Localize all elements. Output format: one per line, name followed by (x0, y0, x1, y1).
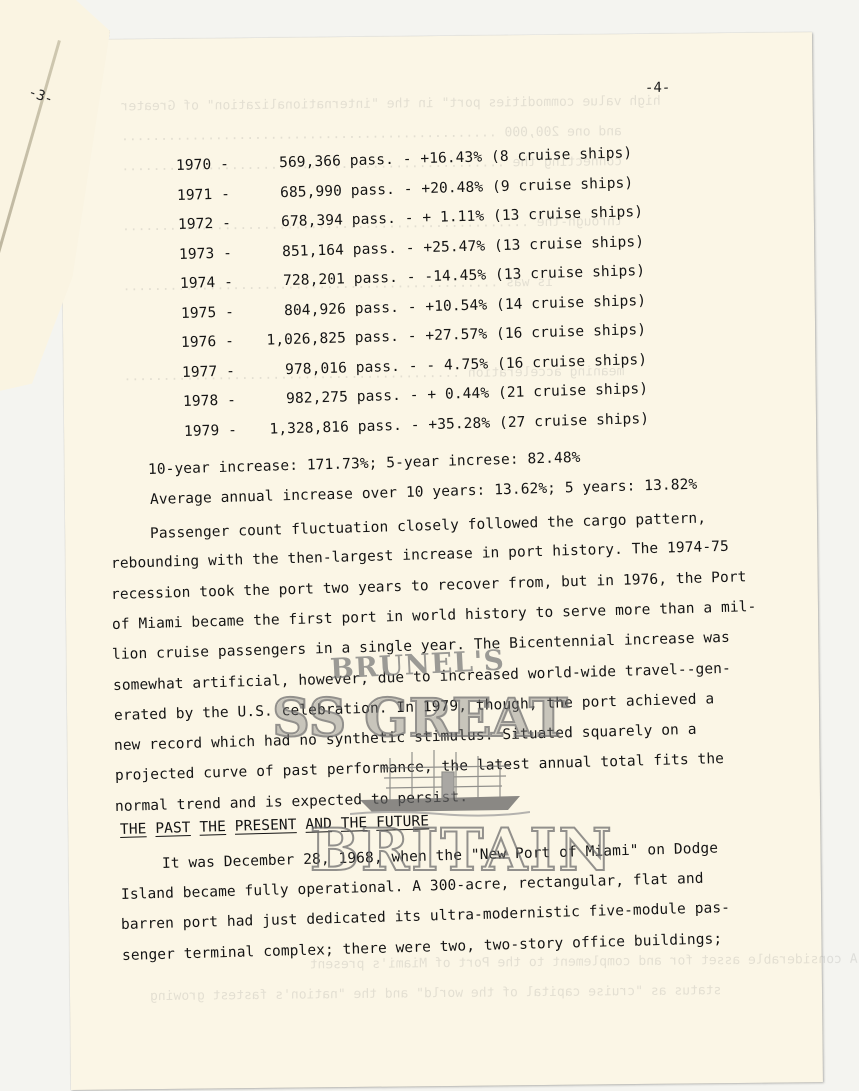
paragraph-line: rebounding with the then-largest increas… (110, 539, 728, 572)
stats-year: 1976 - (181, 333, 249, 351)
paragraph-line: somewhat artificial, however, due to inc… (113, 660, 731, 693)
summary-average: Average annual increase over 10 years: 1… (150, 477, 698, 508)
paragraph-line: lion cruise passengers in a single year.… (112, 630, 730, 663)
stats-year: 1979 - (184, 422, 252, 440)
paragraph-line: senger terminal complex; there were two,… (122, 931, 723, 964)
stats-change: - +10.54% (14 cruise ships) (398, 293, 646, 316)
stats-year: 1975 - (180, 304, 248, 322)
stats-change: - +35.28% (27 cruise ships) (402, 411, 650, 434)
heading-word: FUTURE (376, 813, 429, 830)
stats-change: - +27.57% (16 cruise ships) (399, 322, 647, 345)
stats-year: 1973 - (178, 245, 246, 263)
stats-change: - +25.47% (13 cruise ships) (396, 234, 644, 257)
stats-passengers: 982,275 pass. (251, 388, 401, 408)
stats-passengers: 804,926 pass. (248, 299, 398, 319)
heading-word: PAST (155, 820, 191, 837)
stats-year: 1977 - (182, 363, 250, 381)
paragraph-line: recession took the port two years to rec… (111, 569, 747, 603)
stats-passengers: 728,201 pass. (247, 270, 397, 290)
stats-row: 1971 -685,990 pass. - +20.48% (9 cruise … (177, 175, 634, 204)
stats-row: 1979 -1,328,816 pass. - +35.28% (27 crui… (184, 411, 649, 440)
heading-word: PRESENT (235, 817, 297, 835)
stats-passengers: 685,990 pass. (245, 181, 395, 201)
stats-change: - + 1.11% (13 cruise ships) (395, 204, 643, 227)
stats-row: 1978 -982,275 pass. - + 0.44% (21 cruise… (183, 381, 648, 410)
stats-row: 1970 -569,366 pass. - +16.43% (8 cruise … (176, 145, 633, 174)
stats-passengers: 678,394 pass. (246, 211, 396, 231)
heading-word: THE (341, 815, 368, 832)
stats-year: 1972 - (178, 215, 246, 233)
section-heading: THE PAST THE PRESENT AND THE FUTURE (120, 813, 430, 838)
heading-word: AND (305, 816, 332, 833)
stats-change: - - 4.75% (16 cruise ships) (400, 352, 648, 375)
stats-row: 1977 -978,016 pass. - - 4.75% (16 cruise… (182, 352, 647, 381)
stats-passengers: 1,026,825 pass. (249, 329, 399, 349)
stats-passengers: 1,328,816 pass. (252, 417, 402, 437)
stats-row: 1975 -804,926 pass. - +10.54% (14 cruise… (180, 293, 645, 322)
stats-year: 1978 - (183, 392, 251, 410)
paragraph-line: of Miami became the first port in world … (112, 599, 757, 633)
stats-year: 1970 - (176, 156, 244, 174)
stats-year: 1971 - (177, 186, 245, 204)
paragraph-line: Island became fully operational. A 300-a… (120, 870, 703, 902)
paragraph-line: erated by the U.S. celebration. In 1979,… (113, 691, 714, 724)
stats-row: 1972 -678,394 pass. - + 1.11% (13 cruise… (178, 204, 643, 233)
paragraph-line: It was December 28, 1968, when the "New … (162, 840, 719, 872)
stats-row: 1976 -1,026,825 pass. - +27.57% (16 crui… (181, 322, 646, 351)
stats-change: - +16.43% (8 cruise ships) (394, 145, 633, 168)
paragraph-line: projected curve of past performance, the… (115, 751, 724, 784)
heading-word: THE (199, 819, 226, 836)
stats-passengers: 851,164 pass. (246, 240, 396, 260)
stats-change: - -14.45% (13 cruise ships) (397, 263, 645, 286)
document-text: 1970 -569,366 pass. - +16.43% (8 cruise … (0, 0, 859, 1091)
paragraph-line: Passenger count fluctuation closely foll… (150, 510, 707, 542)
paragraph-line: new record which had no synthetic stimul… (114, 722, 697, 754)
stats-passengers: 978,016 pass. (250, 358, 400, 378)
paragraph-line: normal trend and is expected to persist. (115, 789, 469, 815)
stats-change: - + 0.44% (21 cruise ships) (401, 381, 649, 404)
stats-passengers: 569,366 pass. (244, 152, 394, 172)
stats-year: 1974 - (179, 274, 247, 292)
stats-row: 1973 -851,164 pass. - +25.47% (13 cruise… (178, 234, 643, 263)
stats-change: - +20.48% (9 cruise ships) (395, 175, 634, 198)
summary-increase: 10-year increase: 171.73%; 5-year incres… (148, 450, 581, 478)
stats-row: 1974 -728,201 pass. - -14.45% (13 cruise… (179, 263, 644, 292)
paragraph-line: barren port had just dedicated its ultra… (121, 900, 730, 933)
heading-word: THE (120, 821, 147, 838)
